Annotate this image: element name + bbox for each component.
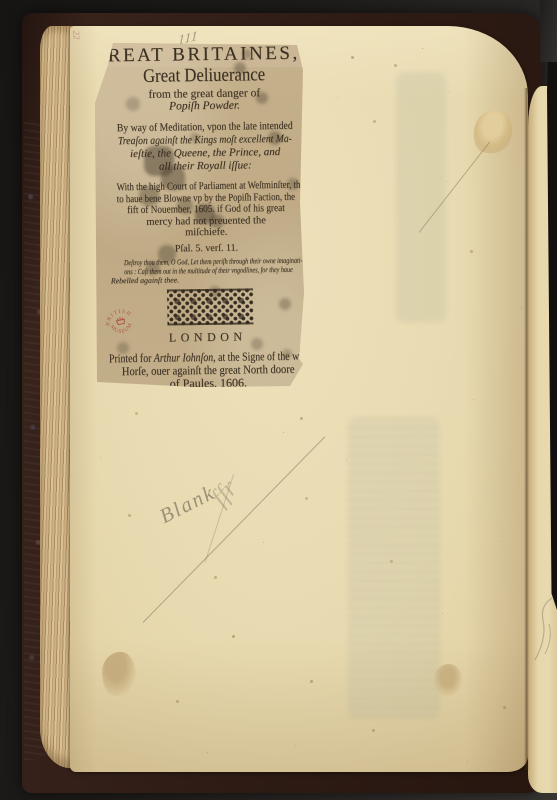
british-museum-stamp: BRITISH MUSEUM (101, 303, 141, 343)
title-line-2: Great Deliuerance (111, 64, 298, 89)
pencil-squiggle-right-edge (531, 594, 557, 664)
show-through-ghost-lower (348, 418, 440, 718)
verse-reference: Pſal. 5. verſ. 11. (100, 242, 312, 256)
foxing-spots (351, 56, 354, 59)
photograph-open-book: 111 22 Blank ffr REAT BRITAINES, Great D… (0, 0, 557, 800)
occasion-line-5: miſchiefe. (100, 226, 312, 240)
stain-bottom-right (434, 664, 462, 696)
title-line-4: Popiſh Powder. (98, 99, 310, 114)
meditation-line-4: all their Royall iſſue: (99, 159, 311, 174)
woodcut-ornament-band (167, 288, 253, 325)
stamp-crown-icon (116, 316, 125, 325)
gutter-crease (524, 88, 529, 770)
page-stack-fore-edge (40, 26, 73, 768)
verse-line-3: Rebelled againſt thee. (101, 273, 323, 285)
svg-text:MUSEUM: MUSEUM (108, 320, 135, 338)
corner-mark: 22 (71, 30, 82, 40)
stamp-text-bottom: MUSEUM (108, 320, 135, 338)
stain-bottom-left (102, 652, 136, 696)
show-through-ghost-upper (396, 72, 446, 322)
backdrop-corner (540, 0, 557, 62)
